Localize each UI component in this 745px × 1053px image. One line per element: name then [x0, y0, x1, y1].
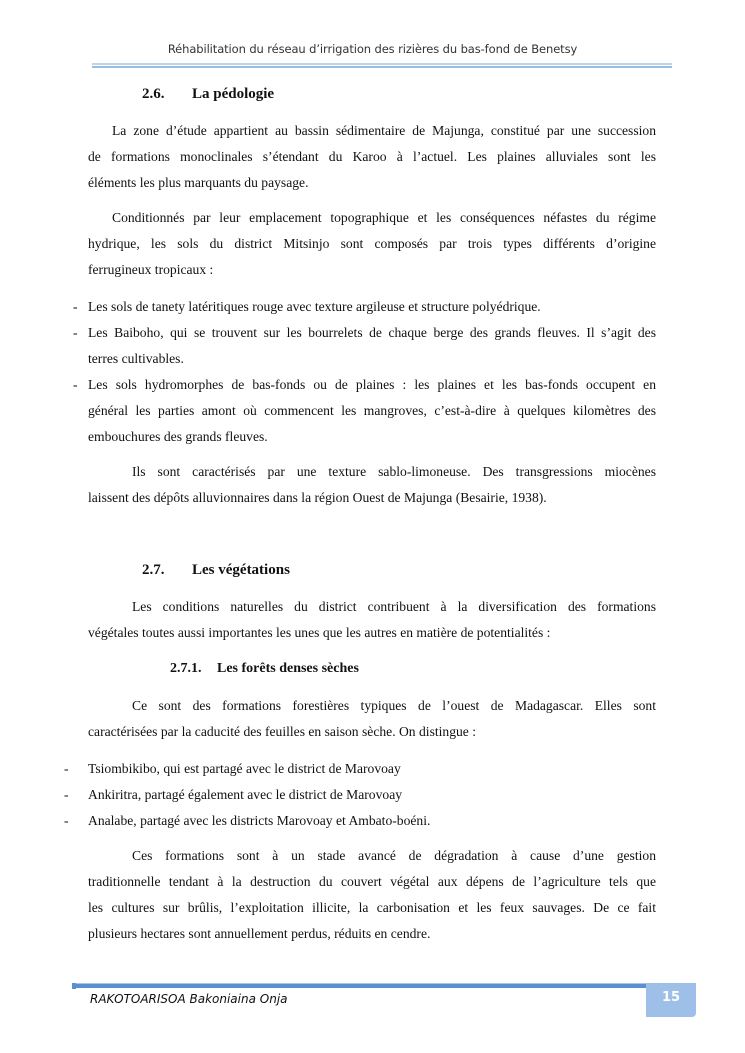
paragraph-pedologie-3: Ils sont caractérisés par une texture sa…	[88, 459, 656, 511]
page-number: 15	[646, 990, 696, 1005]
list-item-forest-3: - Analabe, partagé avec les districts Ma…	[0, 808, 745, 834]
list-item-forest-2: - Ankiritra, partagé également avec le d…	[0, 782, 745, 808]
section-number: 2.7.	[142, 562, 192, 579]
list-item-soil-2: - Les Baiboho, qui se trouvent sur les b…	[0, 320, 745, 372]
section-heading-2-7: 2.7.Les végétations	[142, 562, 290, 579]
subsection-number: 2.7.1.	[170, 661, 217, 677]
footer-author: RAKOTOARISOA Bakoniaina Onja	[90, 992, 288, 1006]
running-header-title: Réhabilitation du réseau d’irrigation de…	[0, 42, 745, 56]
paragraph-vegetations-1: Les conditions naturelles du district co…	[88, 594, 656, 646]
header-rule	[92, 63, 672, 69]
footer-rule-tail	[72, 983, 76, 989]
list-item-soil-1: - Les sols de tanety latéritiques rouge …	[0, 294, 745, 320]
section-number: 2.6.	[142, 86, 192, 103]
section-title: La pédologie	[192, 86, 274, 102]
section-title: Les végétations	[192, 562, 290, 578]
subsection-title: Les forêts denses sèches	[217, 661, 359, 676]
section-heading-2-6: 2.6.La pédologie	[142, 86, 274, 103]
paragraph-pedologie-1: La zone d’étude appartient au bassin séd…	[88, 118, 656, 196]
subsection-heading-2-7-1: 2.7.1.Les forêts denses sèches	[170, 661, 359, 677]
paragraph-forets-1: Ce sont des formations forestières typiq…	[88, 693, 656, 745]
paragraph-pedologie-2: Conditionnés par leur emplacement topogr…	[88, 205, 656, 283]
list-item-soil-3: - Les sols hydromorphes de bas-fonds ou …	[0, 372, 745, 450]
footer-rule	[72, 983, 646, 988]
list-item-forest-1: - Tsiombikibo, qui est partagé avec le d…	[0, 756, 745, 782]
paragraph-forets-2: Ces formations sont à un stade avancé de…	[88, 843, 656, 947]
